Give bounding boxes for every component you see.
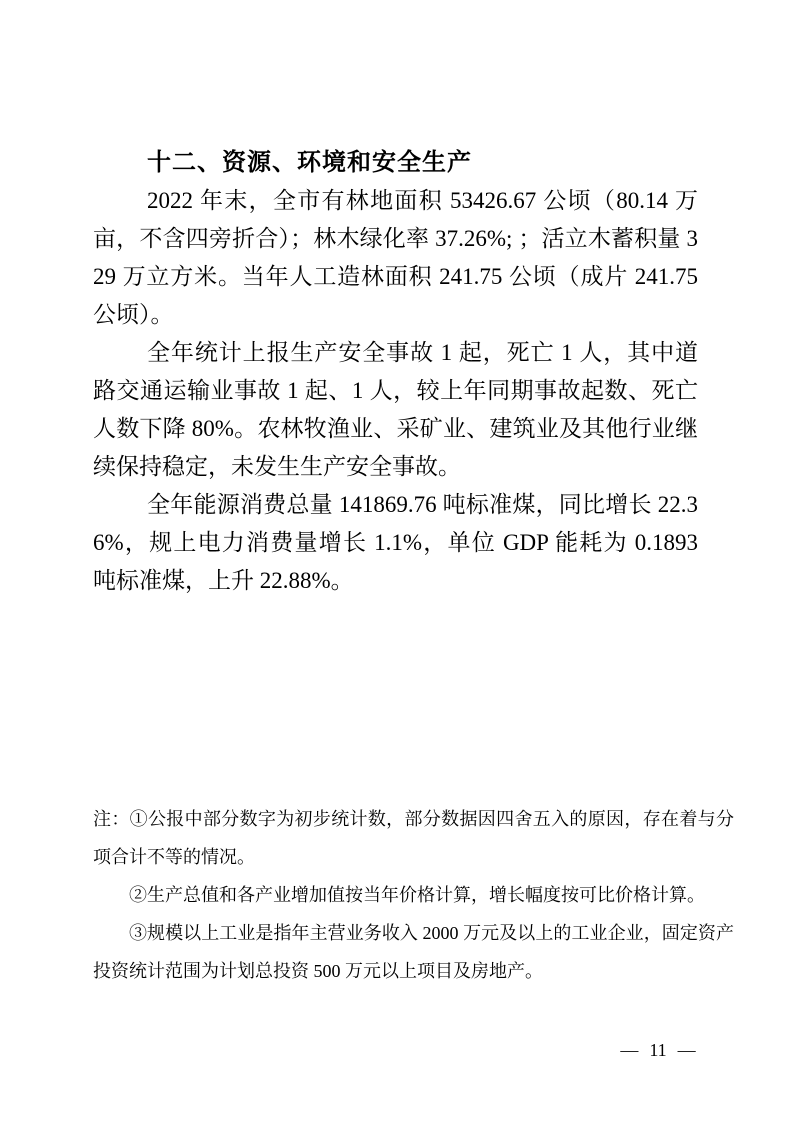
- paragraph-forestry-stats: 2022 年末，全市有林地面积 53426.67 公顷（80.14 万亩，不含四…: [93, 182, 698, 334]
- footnotes-section: 注：①公报中部分数字为初步统计数，部分数据因四舍五入的原因，存在着与分项合计不等…: [93, 800, 734, 990]
- page-number-value: 11: [649, 1039, 666, 1061]
- section-body: 十二、资源、环境和安全生产 2022 年末，全市有林地面积 53426.67 公…: [93, 144, 698, 600]
- page-number-left-dash: —: [620, 1039, 638, 1061]
- document-page: 十二、资源、环境和安全生产 2022 年末，全市有林地面积 53426.67 公…: [0, 0, 793, 1122]
- paragraph-energy-stats: 全年能源消费总量 141869.76 吨标准煤，同比增长 22.36%，规上电力…: [93, 486, 698, 600]
- page-number-right-dash: —: [678, 1039, 696, 1061]
- footnote-2: ②生产总值和各产业增加值按当年价格计算，增长幅度按可比价格计算。: [93, 876, 734, 914]
- page-number: — 11 —: [608, 1039, 708, 1061]
- paragraph-safety-stats: 全年统计上报生产安全事故 1 起，死亡 1 人，其中道路交通运输业事故 1 起、…: [93, 334, 698, 486]
- footnote-3: ③规模以上工业是指年主营业务收入 2000 万元及以上的工业企业，固定资产投资统…: [93, 914, 734, 990]
- section-heading: 十二、资源、环境和安全生产: [93, 144, 698, 182]
- footnote-1: 注：①公报中部分数字为初步统计数，部分数据因四舍五入的原因，存在着与分项合计不等…: [93, 800, 734, 876]
